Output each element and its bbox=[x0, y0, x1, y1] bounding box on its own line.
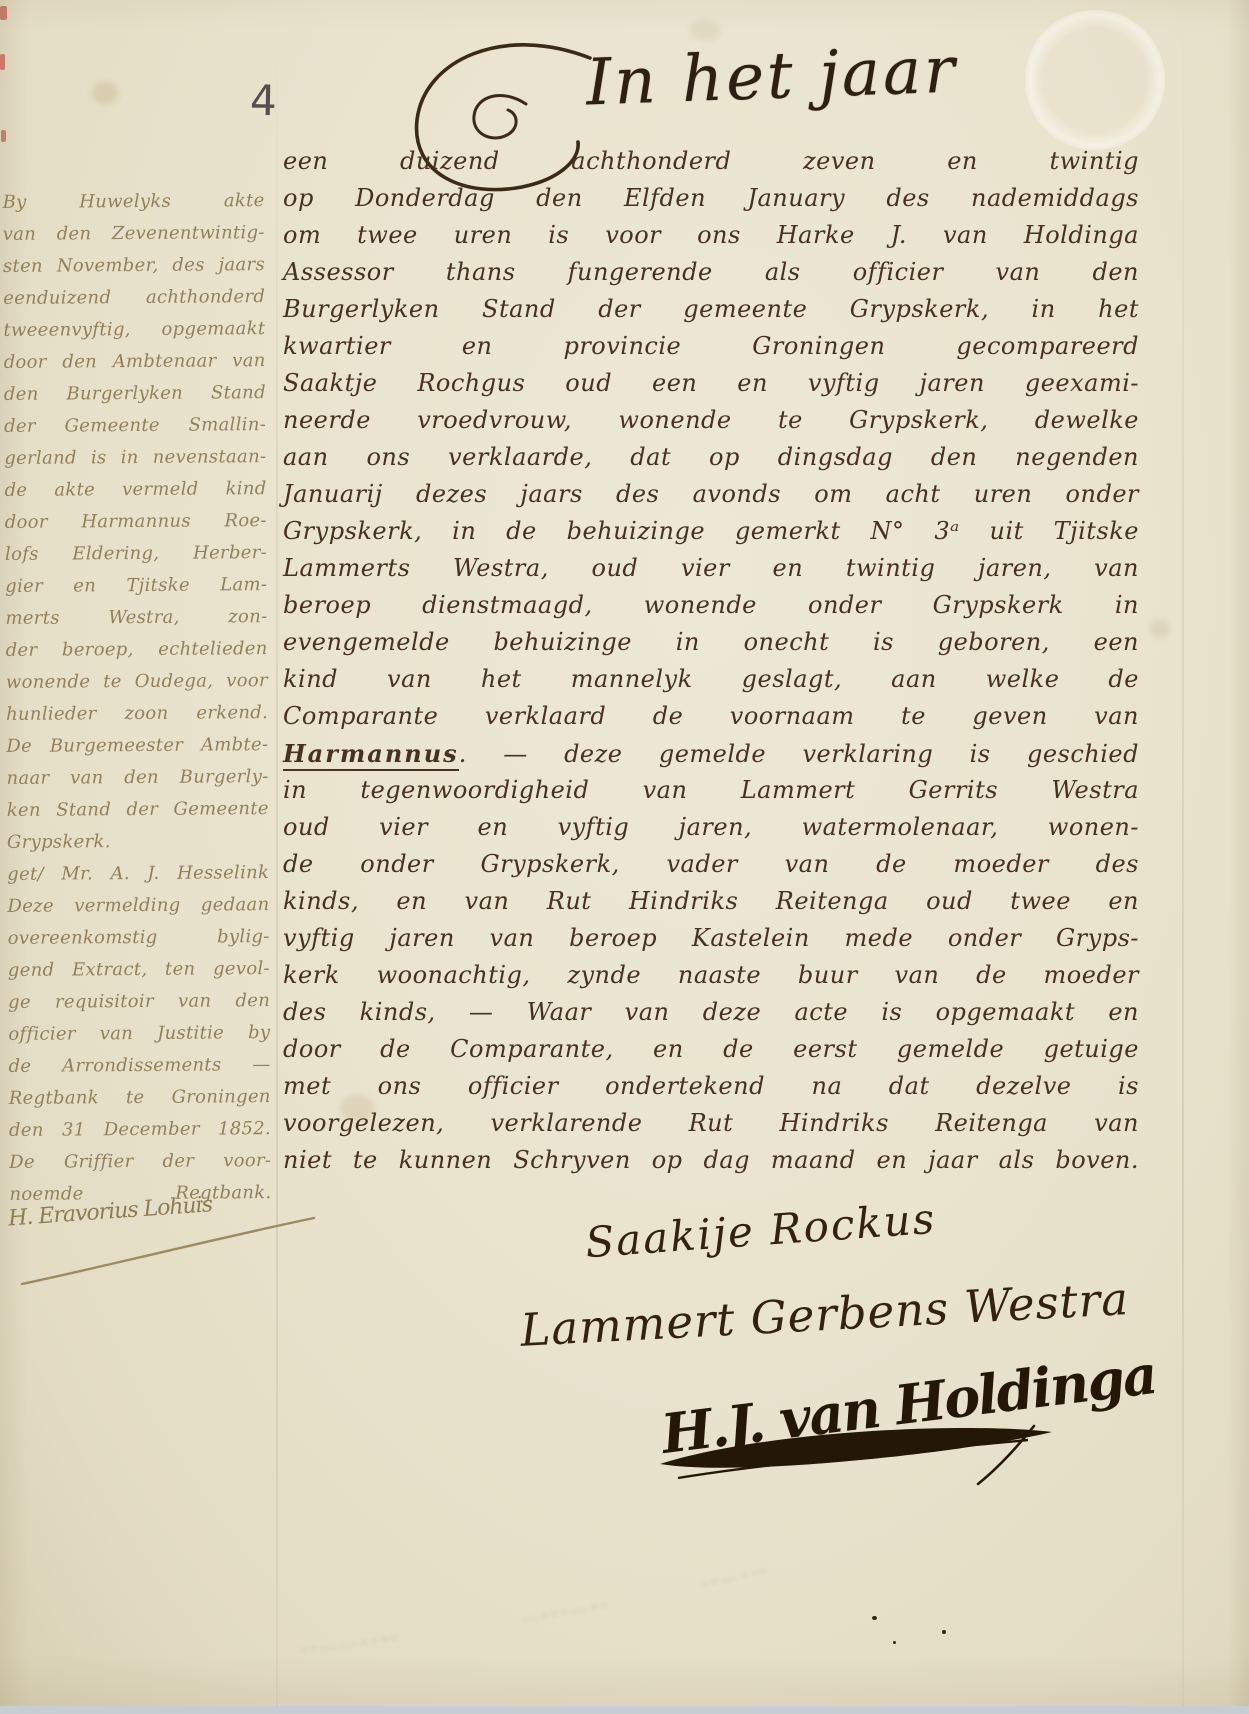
act-body-part2: in tegenwoordigheid van Lammert Gerrits … bbox=[283, 772, 1139, 1179]
act-line: kerk woonachtig, zynde naaste buur van d… bbox=[283, 957, 1139, 994]
margin-line: den 31 December 1852. bbox=[9, 1113, 271, 1147]
paper-watermark bbox=[1025, 10, 1165, 150]
fold-crease bbox=[276, 0, 278, 1714]
act-line: met ons officier ondertekend na dat deze… bbox=[283, 1068, 1139, 1105]
act-line: neerde vroedvrouw, wonende te Grypskerk,… bbox=[283, 402, 1139, 439]
act-line: Saaktje Rochgus oud een en vyftig jaren … bbox=[283, 365, 1139, 402]
ink-offset-ghost: ﹏ ـ ـ ﹏ ـ ـ ـ bbox=[519, 1593, 606, 1624]
margin-line: gend Extract, ten gevol- bbox=[8, 953, 270, 987]
margin-line: sten November, des jaars bbox=[3, 249, 265, 283]
ink-splatter bbox=[942, 1630, 946, 1634]
act-line: de onder Grypskerk, vader van de moeder … bbox=[283, 846, 1139, 883]
child-name: Harmannus bbox=[283, 739, 459, 771]
child-name-rest: . — deze gemelde verklaring is geschied bbox=[459, 740, 1139, 768]
officer-signature-swash-icon bbox=[648, 1420, 1068, 1490]
scanner-edge-strip bbox=[0, 1706, 1249, 1714]
act-line: oud vier en vyftig jaren, watermolenaar,… bbox=[283, 809, 1139, 846]
margin-line: Regtbank te Groningen bbox=[9, 1081, 271, 1115]
act-title: In het jaar bbox=[585, 36, 959, 119]
ink-offset-ghost: ـ ـ ـ ـ ﹏ ﹏ ـ ـ bbox=[299, 1625, 396, 1654]
binding-mark bbox=[0, 6, 7, 20]
margin-line: De Griffier der voor- bbox=[9, 1145, 271, 1179]
margin-line: eenduizend achthonderd bbox=[3, 281, 265, 315]
margin-line: lofs Eldering, Herber- bbox=[5, 537, 267, 571]
margin-line: merts Westra, zon- bbox=[5, 601, 267, 635]
age-spot bbox=[1150, 620, 1170, 638]
age-spot bbox=[92, 82, 118, 104]
act-line: in tegenwoordigheid van Lammert Gerrits … bbox=[283, 772, 1139, 809]
margin-line: door Harmannus Roe- bbox=[5, 505, 267, 539]
act-line: aan ons verklaarde, dat op dingsdag den … bbox=[283, 439, 1139, 476]
margin-line: officier van Justitie by bbox=[8, 1017, 270, 1051]
margin-line: ge requisitoir van den bbox=[8, 985, 270, 1019]
margin-line: overeenkomstig bylig- bbox=[8, 921, 270, 955]
griffier-signature-flourish-icon bbox=[18, 1210, 318, 1290]
margin-line: By Huwelyks akte bbox=[2, 185, 264, 219]
act-line: Comparante verklaard de voornaam te geve… bbox=[283, 698, 1139, 735]
binding-mark bbox=[0, 54, 5, 70]
margin-line: der beroep, echtelieden bbox=[6, 633, 268, 667]
act-line: beroep dienstmaagd, wonende onder Grypsk… bbox=[283, 587, 1139, 624]
margin-line: gerland is in nevenstaan- bbox=[4, 441, 266, 475]
act-line: evengemelde behuizinge in onecht is gebo… bbox=[283, 624, 1139, 661]
ink-offset-ghost: ـ ﹏ ـ ـ ﹏ bbox=[699, 1557, 767, 1589]
act-line: Assessor thans fungerende als officier v… bbox=[283, 254, 1139, 291]
act-line-child-name: Harmannus. — deze gemelde verklaring is … bbox=[283, 735, 1139, 772]
act-line: niet te kunnen Schryven op dag maand en … bbox=[283, 1142, 1139, 1179]
fold-crease bbox=[1182, 0, 1184, 1714]
act-line: Grypskerk, in de behuizinge gemerkt N° 3… bbox=[283, 513, 1139, 550]
act-line: Lammerts Westra, oud vier en twintig jar… bbox=[283, 550, 1139, 587]
act-line: vyftig jaren van beroep Kastelein mede o… bbox=[283, 920, 1139, 957]
act-line: om twee uren is voor ons Harke J. van Ho… bbox=[283, 217, 1139, 254]
act-body-part1: een duizend achthonderd zeven en twintig… bbox=[283, 143, 1139, 735]
act-line: een duizend achthonderd zeven en twintig bbox=[283, 143, 1139, 180]
act-line: kwartier en provincie Groningen gecompar… bbox=[283, 328, 1139, 365]
margin-line: van den Zevenentwintig- bbox=[3, 217, 265, 251]
margin-line: wonende te Oudega, voor bbox=[6, 665, 268, 699]
margin-note: By Huwelyks aktevan den Zevenentwintig-s… bbox=[2, 185, 271, 1211]
signature-witness1: Saakije Rockus bbox=[584, 1194, 938, 1267]
margin-line: Grypskerk. bbox=[7, 825, 269, 859]
signature-witness2: Lammert Gerbens Westra bbox=[519, 1272, 1130, 1357]
margin-line: gier en Tjitske Lam- bbox=[5, 569, 267, 603]
act-line: op Donderdag den Elfden January des nade… bbox=[283, 180, 1139, 217]
margin-line: de Arrondissements — bbox=[8, 1049, 270, 1083]
margin-line: de akte vermeld kind bbox=[4, 473, 266, 507]
act-line: voorgelezen, verklarende Rut Hindriks Re… bbox=[283, 1105, 1139, 1142]
binding-mark bbox=[1, 130, 6, 142]
margin-line: naar van den Burgerly- bbox=[6, 761, 268, 795]
margin-line: hunlieder zoon erkend. bbox=[6, 697, 268, 731]
margin-line: get/ Mr. A. J. Hesselink bbox=[7, 857, 269, 891]
act-line: des kinds, — Waar van deze acte is opgem… bbox=[283, 994, 1139, 1031]
ink-splatter bbox=[893, 1641, 896, 1644]
act-line: kinds, en van Rut Hindriks Reitenga oud … bbox=[283, 883, 1139, 920]
margin-line: tweeenvyftig, opgemaakt bbox=[3, 313, 265, 347]
act-line: door de Comparante, en de eerst gemelde … bbox=[283, 1031, 1139, 1068]
ink-splatter bbox=[872, 1616, 877, 1620]
act-line: Januarij dezes jaars des avonds om acht … bbox=[283, 476, 1139, 513]
margin-line: der Gemeente Smallin- bbox=[4, 409, 266, 443]
margin-line: Deze vermelding gedaan bbox=[7, 889, 269, 923]
margin-line: door den Ambtenaar van bbox=[4, 345, 266, 379]
act-line: Burgerlyken Stand der gemeente Grypskerk… bbox=[283, 291, 1139, 328]
page-number: 4 bbox=[250, 76, 278, 125]
act-body: een duizend achthonderd zeven en twintig… bbox=[283, 143, 1139, 1179]
margin-line: den Burgerlyken Stand bbox=[4, 377, 266, 411]
act-line: kind van het mannelyk geslagt, aan welke… bbox=[283, 661, 1139, 698]
document-scan: 4 In het jaar een duizend achthonderd ze… bbox=[0, 0, 1249, 1714]
margin-line: De Burgemeester Ambte- bbox=[6, 729, 268, 763]
margin-line: ken Stand der Gemeente bbox=[7, 793, 269, 827]
